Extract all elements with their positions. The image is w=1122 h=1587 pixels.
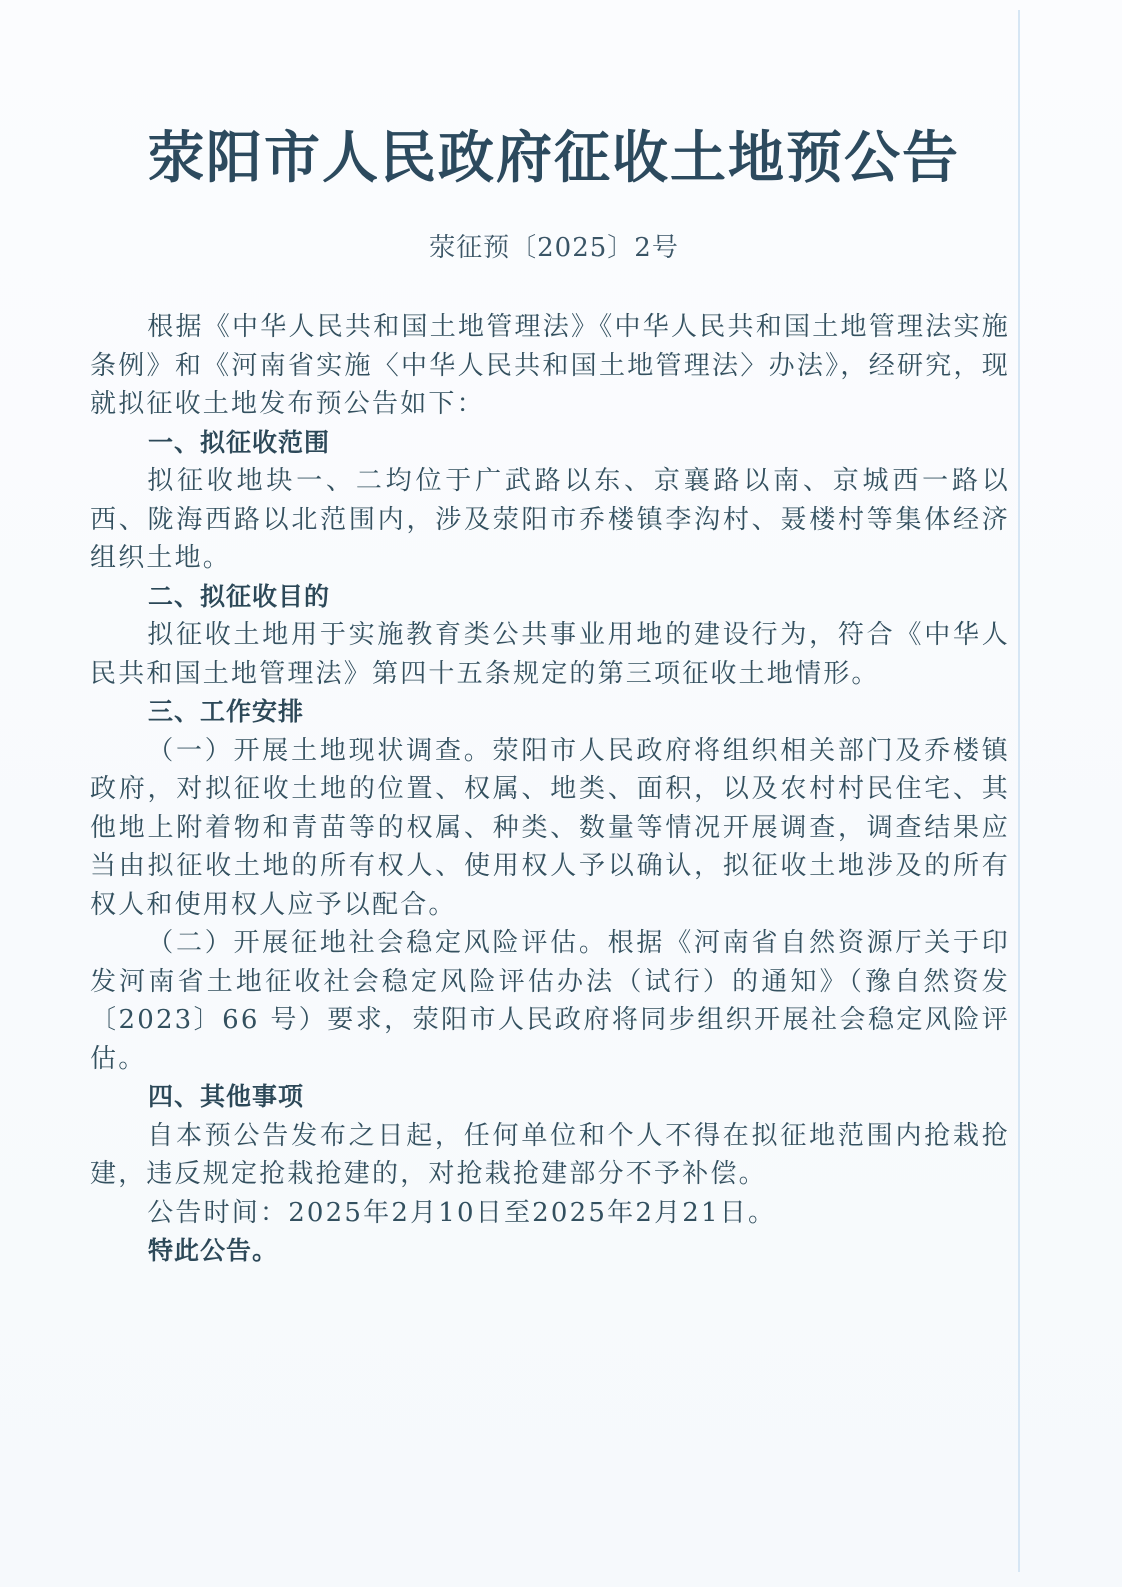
section-paragraph: 自本预公告发布之日起，任何单位和个人不得在拟征地范围内抢栽抢建，违反规定抢栽抢建… — [90, 1117, 1010, 1194]
section-paragraph: （一）开展土地现状调查。荥阳市人民政府将组织相关部门及乔楼镇政府，对拟征收土地的… — [90, 732, 1010, 925]
section-paragraph: 拟征收地块一、二均位于广武路以东、京襄路以南、京城西一路以西、陇海西路以北范围内… — [90, 462, 1010, 578]
document-body: 根据《中华人民共和国土地管理法》《中华人民共和国土地管理法实施条例》和《河南省实… — [90, 308, 1010, 1271]
section-paragraph: 拟征收土地用于实施教育类公共事业用地的建设行为，符合《中华人民共和国土地管理法》… — [90, 616, 1010, 693]
section-paragraph: （二）开展征地社会稳定风险评估。根据《河南省自然资源厅关于印发河南省土地征收社会… — [90, 924, 1010, 1078]
closing-line: 特此公告。 — [90, 1232, 1010, 1271]
section-heading: 二、拟征收目的 — [90, 578, 1010, 617]
intro-paragraph: 根据《中华人民共和国土地管理法》《中华人民共和国土地管理法实施条例》和《河南省实… — [90, 308, 1010, 424]
section-scope: 一、拟征收范围 拟征收地块一、二均位于广武路以东、京襄路以南、京城西一路以西、陇… — [90, 424, 1010, 578]
document-page: 荥阳市人民政府征收土地预公告 荥征预〔2025〕2号 根据《中华人民共和国土地管… — [0, 0, 1122, 1587]
section-other-matters: 四、其他事项 自本预公告发布之日起，任何单位和个人不得在拟征地范围内抢栽抢建，违… — [90, 1078, 1010, 1232]
announcement-period: 公告时间：2025年2月10日至2025年2月21日。 — [90, 1194, 1010, 1233]
section-work-arrangement: 三、工作安排 （一）开展土地现状调查。荥阳市人民政府将组织相关部门及乔楼镇政府，… — [90, 693, 1010, 1078]
document-number: 荥征预〔2025〕2号 — [0, 228, 1108, 268]
section-heading: 三、工作安排 — [90, 693, 1010, 732]
section-purpose: 二、拟征收目的 拟征收土地用于实施教育类公共事业用地的建设行为，符合《中华人民共… — [90, 578, 1010, 694]
section-heading: 一、拟征收范围 — [90, 424, 1010, 463]
section-heading: 四、其他事项 — [90, 1078, 1010, 1117]
document-title: 荥阳市人民政府征收土地预公告 — [0, 118, 1108, 198]
